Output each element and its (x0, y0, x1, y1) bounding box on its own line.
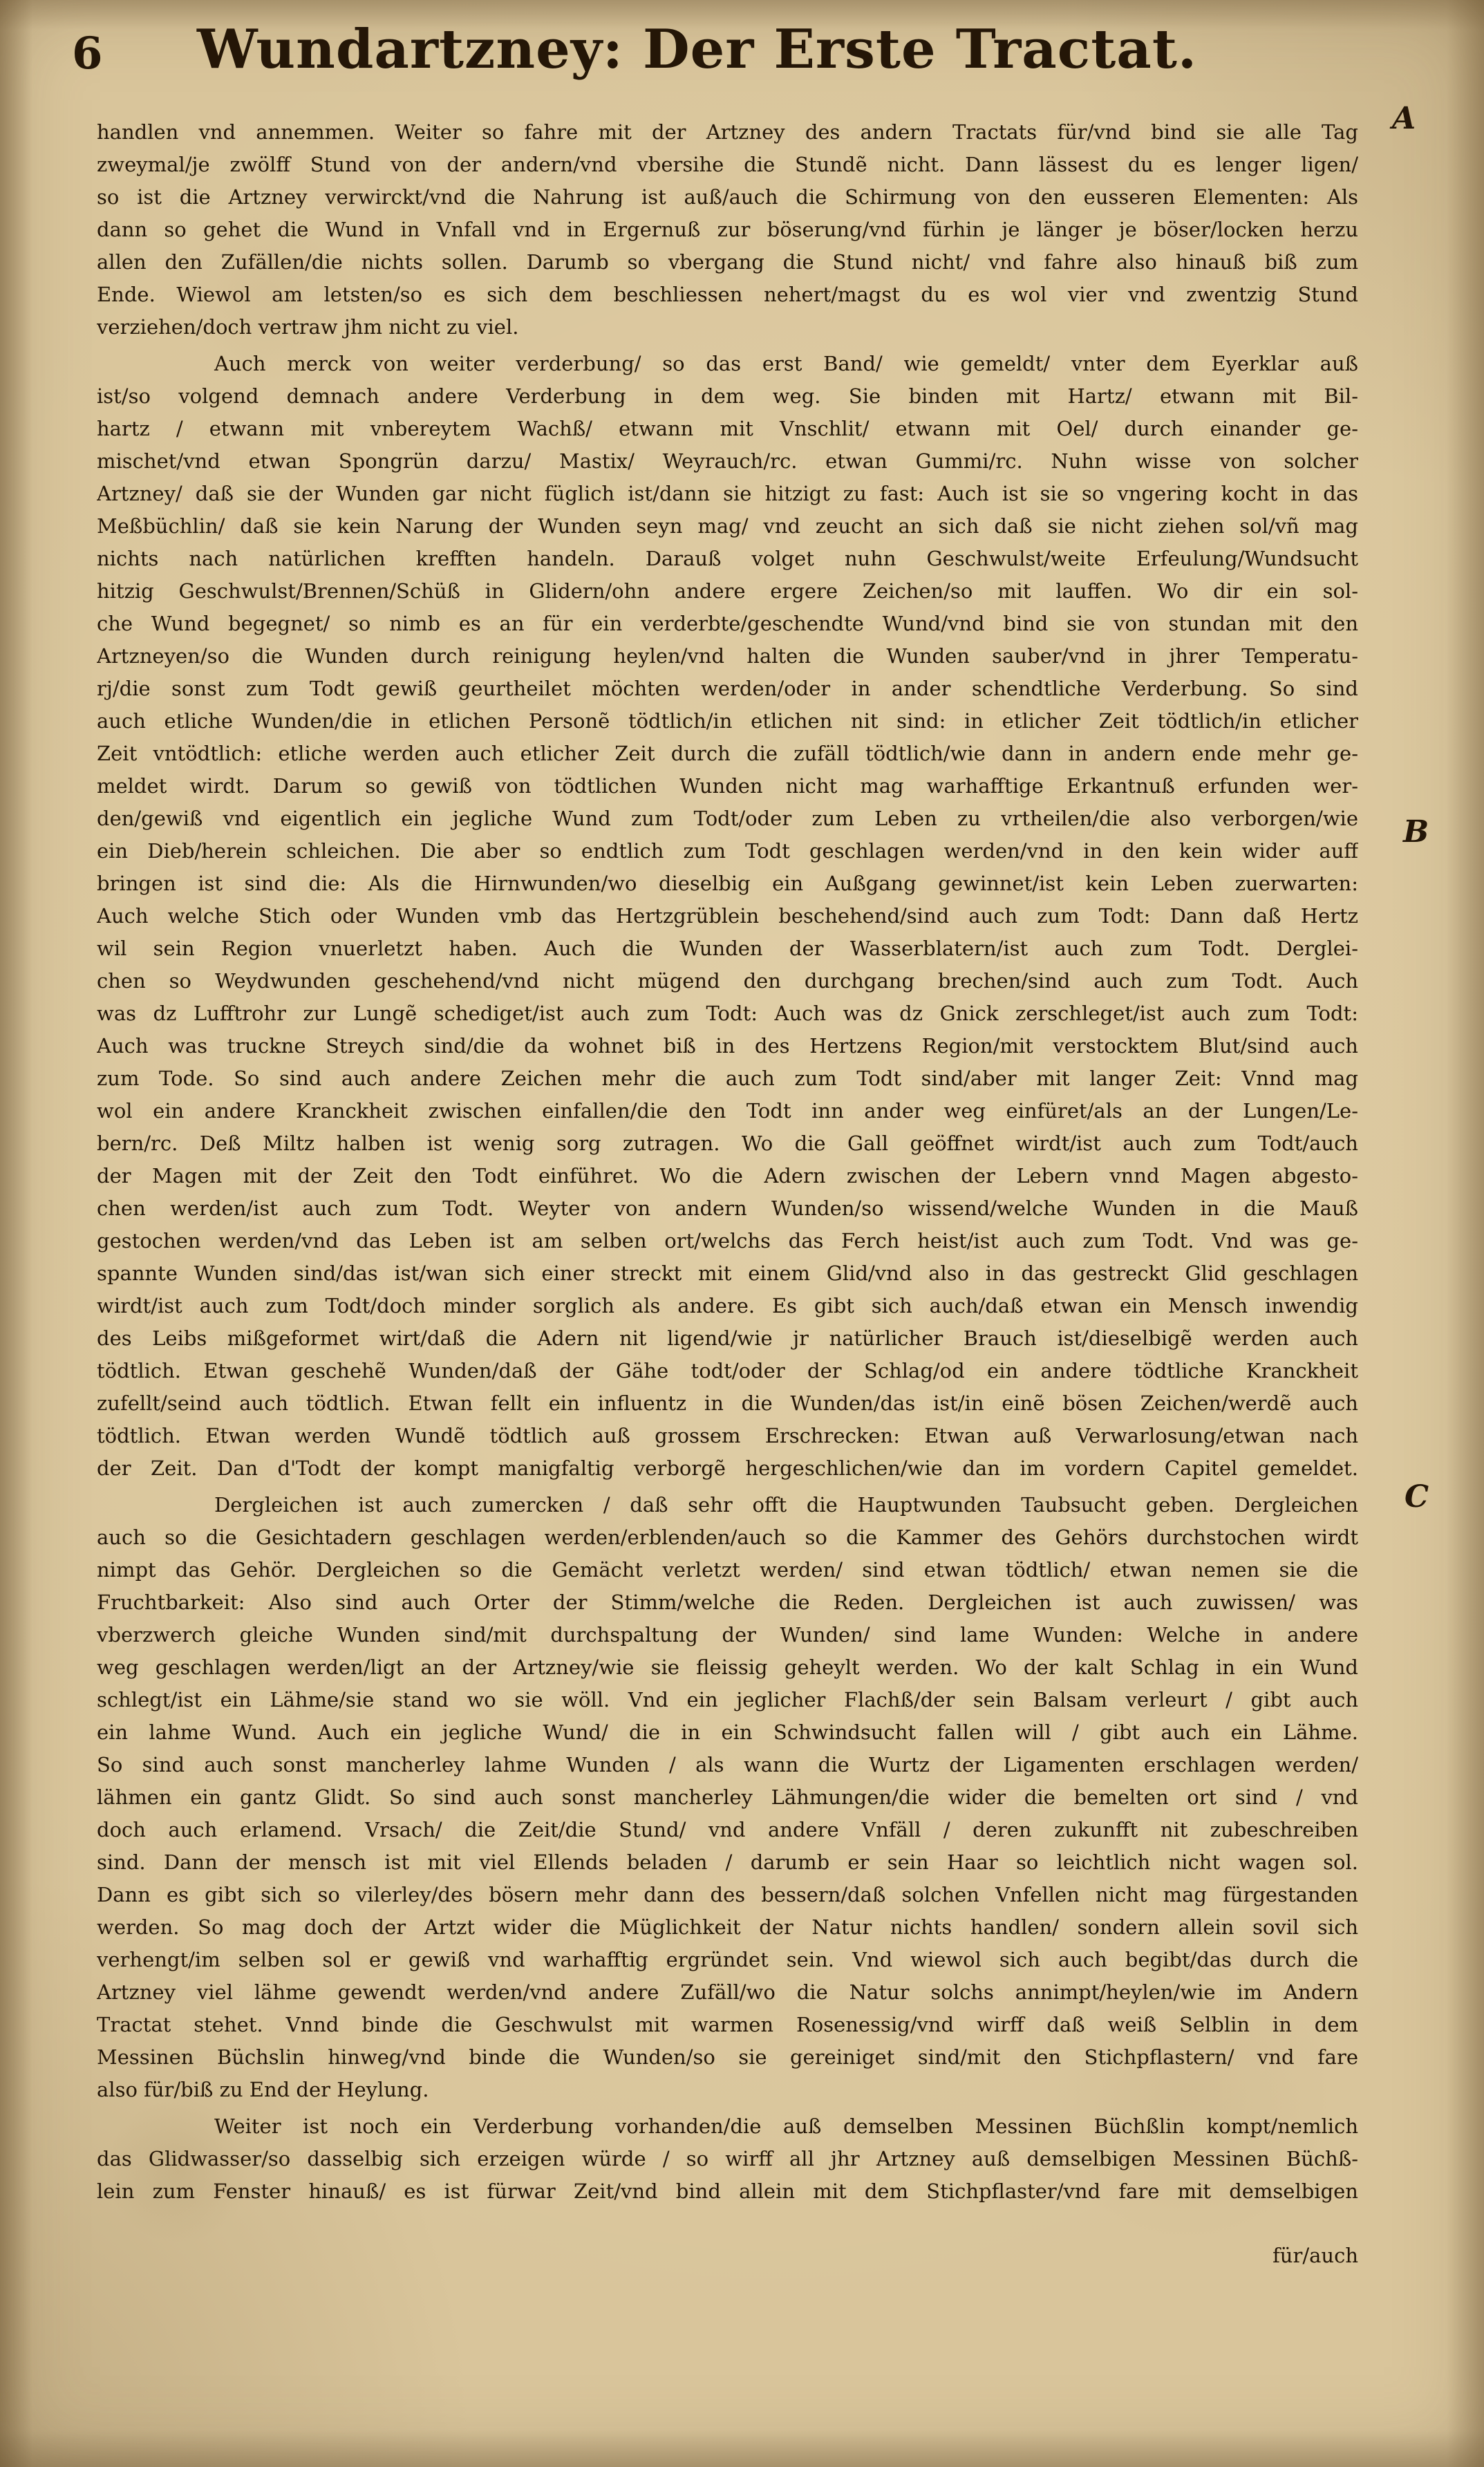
paragraph: Dergleichen ist auch zumercken / daß seh… (97, 1489, 1358, 2106)
catchword: für/auch (1272, 2240, 1358, 2272)
paragraph: Auch merck von weiter verderbung/ so das… (97, 348, 1358, 1485)
text-line: lähmen ein gantz Glidt. So sind auch son… (97, 1781, 1358, 1814)
text-line: che Wund begegnet/ so nimb es an für ein… (97, 608, 1358, 640)
text-line: Messinen Büchslin hinweg/vnd binde die W… (97, 2041, 1358, 2074)
margin-letter-b: B (1403, 814, 1429, 850)
text-line: was dz Lufftrohr zur Lungẽ schediget/ist… (97, 997, 1358, 1030)
text-line: doch auch erlamend. Vrsach/ die Zeit/die… (97, 1814, 1358, 1846)
text-line: wol ein andere Kranckheit zwischen einfa… (97, 1095, 1358, 1127)
text-line: Ende. Wiewol am letsten/so es sich dem b… (97, 279, 1358, 311)
text-line: mischet/vnd etwan Spongrün darzu/ Mastix… (97, 445, 1358, 478)
text-line: nichts nach natürlichen krefften handeln… (97, 543, 1358, 575)
text-line: rj/die sonst zum Todt gewiß geurtheilet … (97, 673, 1358, 705)
text-line: den/gewiß vnd eigentlich ein jegliche Wu… (97, 803, 1358, 835)
running-title: Wundartzney: Der Erste Tractat. (0, 18, 1439, 81)
text-line: wirdt/ist auch zum Todt/doch minder sorg… (97, 1290, 1358, 1322)
text-line: dann so gehet die Wund in Vnfall vnd in … (97, 214, 1358, 246)
text-line: tödtlich. Etwan geschehẽ Wunden/daß der … (97, 1355, 1358, 1387)
margin-letter-a: A (1392, 101, 1416, 136)
text-line: zufellt/seind auch tödtlich. Etwan fellt… (97, 1387, 1358, 1420)
text-line: zweymal/je zwölff Stund von der andern/v… (97, 149, 1358, 181)
text-line: nimpt das Gehör. Dergleichen so die Gemä… (97, 1554, 1358, 1586)
text-line: Auch merck von weiter verderbung/ so das… (97, 348, 1358, 380)
text-line: ist/so volgend demnach andere Verderbung… (97, 380, 1358, 413)
text-line: zum Tode. So sind auch andere Zeichen me… (97, 1062, 1358, 1095)
text-line: ein lahme Wund. Auch ein jegliche Wund/ … (97, 1716, 1358, 1749)
text-line: Artzney viel lähme gewendt werden/vnd an… (97, 1976, 1358, 2009)
text-line: des Leibs mißgeformet wirt/daß die Adern… (97, 1322, 1358, 1355)
text-line: weg geschlagen werden/ligt an der Artzne… (97, 1651, 1358, 1684)
text-line: bringen ist sind die: Als die Hirnwunden… (97, 867, 1358, 900)
text-line: Zeit vntödtlich: etliche werden auch etl… (97, 738, 1358, 770)
text-line: tödtlich. Etwan werden Wundẽ tödtlich au… (97, 1420, 1358, 1452)
text-line: auch so die Gesichtadern geschlagen werd… (97, 1521, 1358, 1554)
text-line: gestochen werden/vnd das Leben ist am se… (97, 1225, 1358, 1257)
body-text: handlen vnd annemmen. Weiter so fahre mi… (97, 116, 1358, 2212)
text-line: Dergleichen ist auch zumercken / daß seh… (97, 1489, 1358, 1521)
text-line: auch etliche Wunden/die in etlichen Pers… (97, 705, 1358, 738)
text-line: Auch was truckne Streych sind/die da woh… (97, 1030, 1358, 1062)
text-line: Fruchtbarkeit: Also sind auch Orter der … (97, 1586, 1358, 1619)
text-line: Artzneyen/so die Wunden durch reinigung … (97, 640, 1358, 673)
text-line: Auch welche Stich oder Wunden vmb das He… (97, 900, 1358, 932)
text-line: wil sein Region vnuerletzt haben. Auch d… (97, 932, 1358, 965)
text-line: ein Dieb/herein schleichen. Die aber so … (97, 835, 1358, 867)
text-line: das Glidwasser/so dasselbig sich erzeige… (97, 2143, 1358, 2175)
text-line: Artzney/ daß sie der Wunden gar nicht fü… (97, 478, 1358, 510)
margin-letter-c: C (1405, 1479, 1429, 1514)
text-line: allen den Zufällen/die nichts sollen. Da… (97, 246, 1358, 279)
text-line: hartz / etwann mit vnbereytem Wachß/ etw… (97, 413, 1358, 445)
text-line: der Magen mit der Zeit den Todt einführe… (97, 1160, 1358, 1192)
text-line: hitzig Geschwulst/Brennen/Schüß in Glide… (97, 575, 1358, 608)
text-line: der Zeit. Dan d'Todt der kompt manigfalt… (97, 1452, 1358, 1485)
text-line: sind. Dann der mensch ist mit viel Ellen… (97, 1846, 1358, 1879)
text-line: meldet wirdt. Darum so gewiß von tödtlic… (97, 770, 1358, 803)
text-line: spannte Wunden sind/das ist/wan sich ein… (97, 1257, 1358, 1290)
text-line: verziehen/doch vertraw jhm nicht zu viel… (97, 311, 1358, 344)
text-line: verhengt/im selben sol er gewiß vnd warh… (97, 1944, 1358, 1976)
text-line: handlen vnd annemmen. Weiter so fahre mi… (97, 116, 1358, 149)
text-line: lein zum Fenster hinauß/ es ist fürwar Z… (97, 2175, 1358, 2208)
text-line: vberzwerch gleiche Wunden sind/mit durch… (97, 1619, 1358, 1651)
scanned-book-page: 6 Wundartzney: Der Erste Tractat. A B C … (0, 0, 1484, 2467)
text-line: Weiter ist noch ein Verderbung vorhanden… (97, 2110, 1358, 2143)
text-line: Dann es gibt sich so vilerley/des bösern… (97, 1879, 1358, 1911)
text-line: so ist die Artzney verwirckt/vnd die Nah… (97, 181, 1358, 214)
text-line: werden. So mag doch der Artzt wider die … (97, 1911, 1358, 1944)
text-line: bern/rc. Deß Miltz halben ist wenig sorg… (97, 1127, 1358, 1160)
text-line: also für/biß zu End der Heylung. (97, 2074, 1358, 2106)
paragraph: handlen vnd annemmen. Weiter so fahre mi… (97, 116, 1358, 344)
text-line: Tractat stehet. Vnnd binde die Geschwuls… (97, 2009, 1358, 2041)
text-line: Meßbüchlin/ daß sie kein Narung der Wund… (97, 510, 1358, 543)
text-line: schlegt/ist ein Lähme/sie stand wo sie w… (97, 1684, 1358, 1716)
text-line: chen werden/ist auch zum Todt. Weyter vo… (97, 1192, 1358, 1225)
text-line: So sind auch sonst mancherley lahme Wund… (97, 1749, 1358, 1781)
text-line: chen so Weydwunden geschehend/vnd nicht … (97, 965, 1358, 997)
paragraph: Weiter ist noch ein Verderbung vorhanden… (97, 2110, 1358, 2208)
